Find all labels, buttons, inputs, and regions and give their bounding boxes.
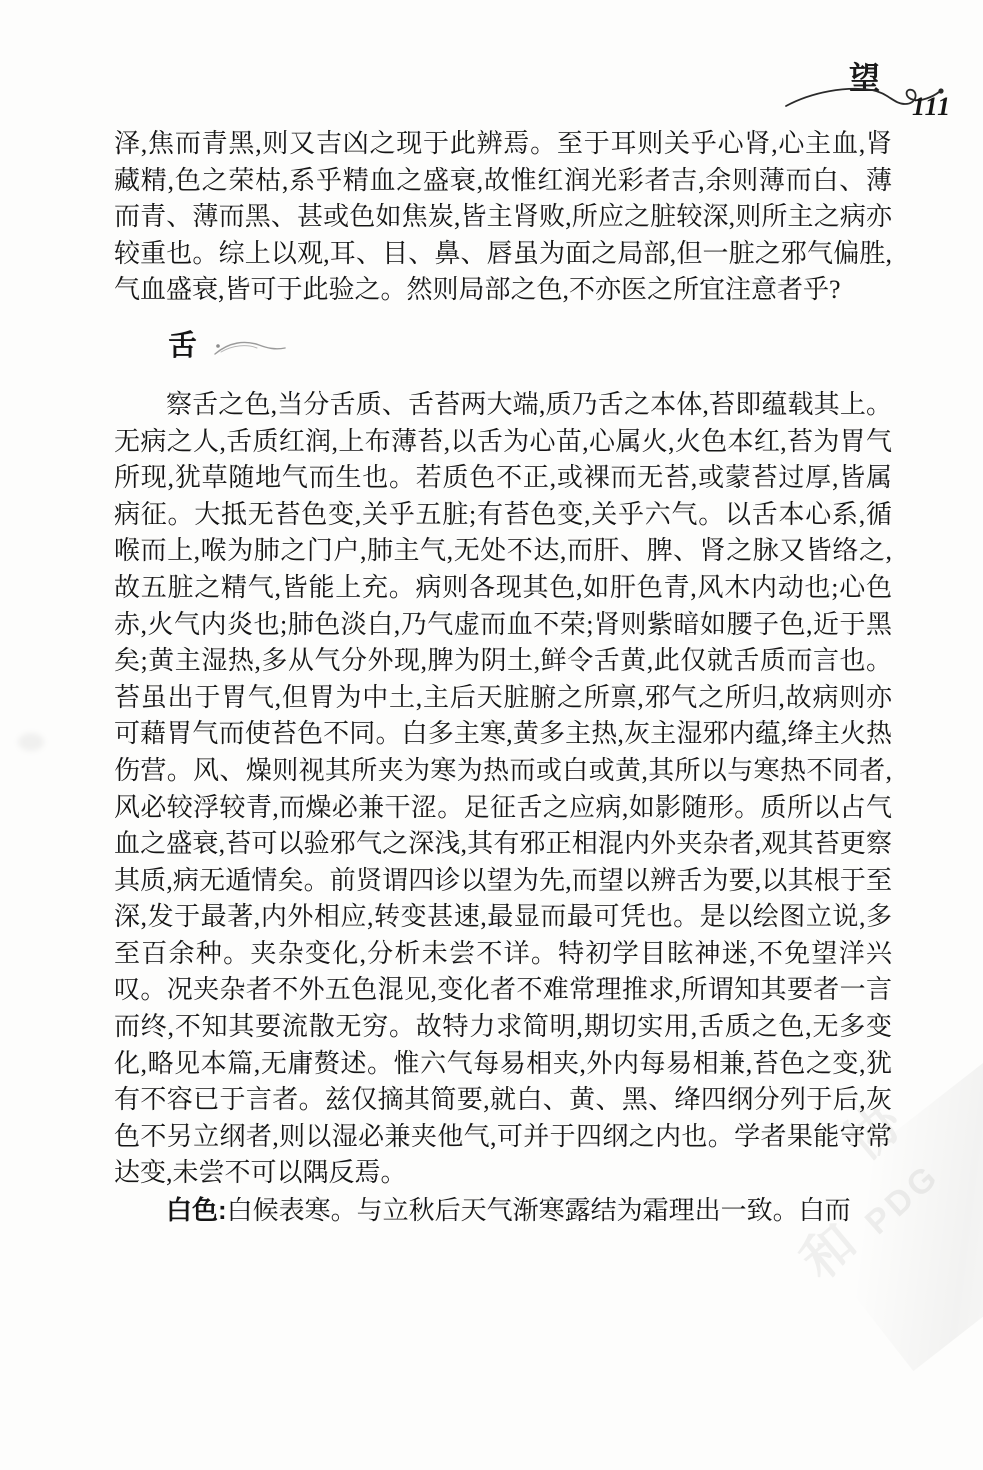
page-body: 泽,焦而青黑,则又吉凶之现于此辨焉。至于耳则关乎心肾,心主血,肾藏精,色之荣枯,… xyxy=(114,126,892,1230)
paragraph-tongue-body: 察舌之色,当分舌质、舌苔两大端,质乃舌之本体,苔即蕴载其上。无病之人,舌质红润,… xyxy=(114,387,892,1192)
term-white-color: 白色: xyxy=(166,1195,227,1225)
scan-artifact xyxy=(18,733,44,751)
heading-flourish-icon xyxy=(211,336,289,360)
scanned-book-page: 望 111 泽,焦而青黑,则又吉凶之现于此辨焉。至于耳则关乎心肾,心主血,肾藏精… xyxy=(0,0,983,1470)
section-heading-text: 舌 xyxy=(168,325,197,367)
paragraph-face-color: 泽,焦而青黑,则又吉凶之现于此辨焉。至于耳则关乎心肾,心主血,肾藏精,色之荣枯,… xyxy=(114,126,892,309)
page-number: 111 xyxy=(912,92,951,122)
paragraph-white-color: 白色:白候表寒。与立秋后天气渐寒露结为霜理出一致。白而 xyxy=(114,1192,892,1230)
paragraph-white-color-text: 白候表寒。与立秋后天气渐寒露结为霜理出一致。白而 xyxy=(227,1196,851,1225)
section-heading-tongue: 舌 xyxy=(114,325,892,367)
